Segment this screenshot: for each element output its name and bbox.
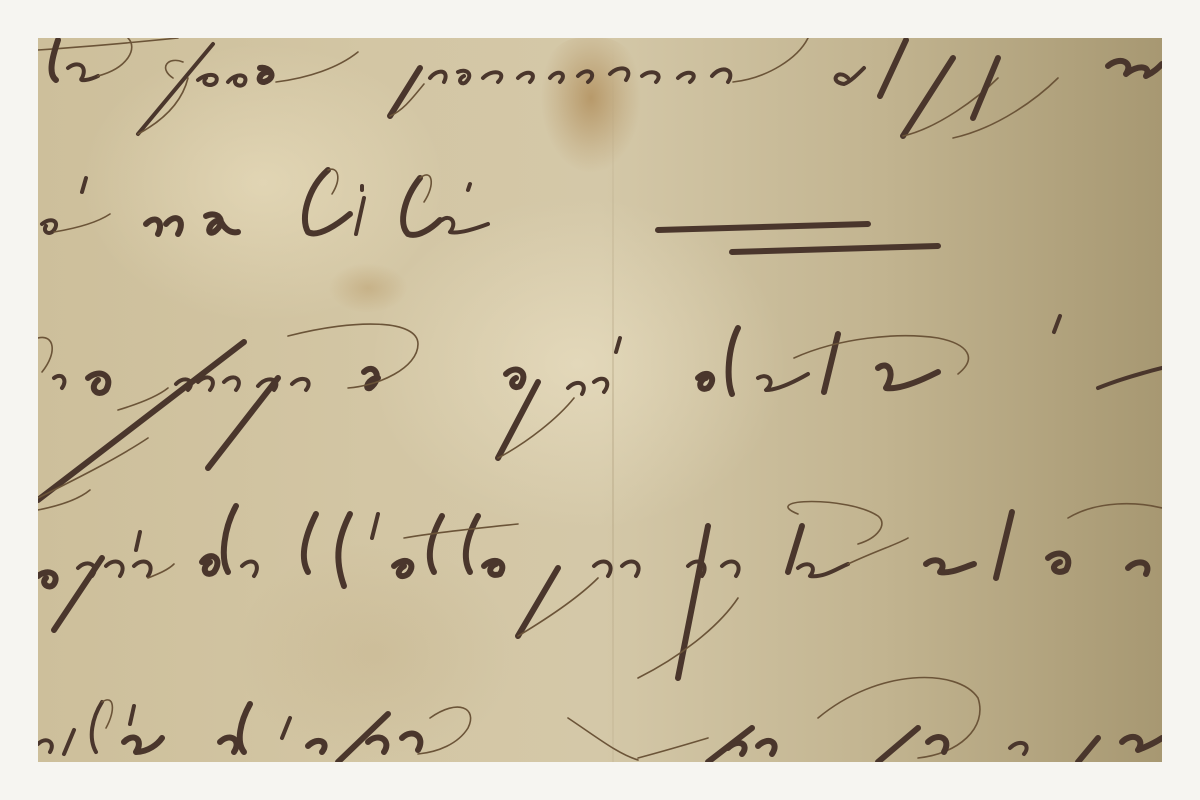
- line-4-strokes: [38, 490, 1162, 678]
- line-2-strokes: [42, 169, 938, 252]
- line-5-strokes: [38, 678, 1162, 762]
- line-3-strokes: [38, 316, 1162, 500]
- line-1-strokes: [38, 38, 1162, 138]
- handwriting-strokes: [38, 38, 1162, 762]
- manuscript-photo: te fora procedere al pigna è mobile eo s…: [38, 38, 1162, 762]
